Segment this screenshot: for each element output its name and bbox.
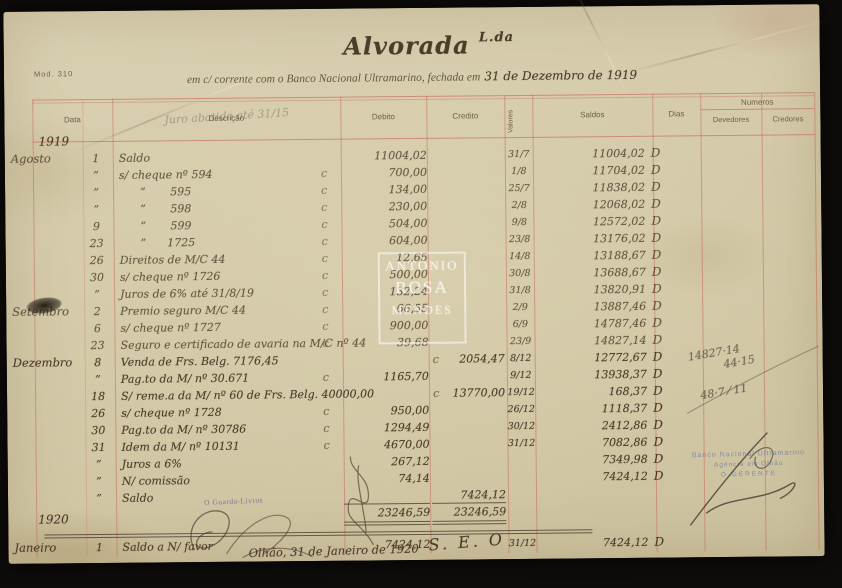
cell-desc: Pag.to da M/ nº 30786 — [121, 422, 336, 437]
cell-saldo: 11704,02 — [535, 164, 645, 178]
cell-valores: 30/8 — [506, 267, 534, 280]
watermark-line: MENDES — [380, 303, 464, 319]
cell-day: ” — [83, 203, 109, 216]
cell-dc: D — [652, 232, 670, 245]
cell-debito: 604,00 — [340, 234, 428, 248]
cell-debito: 11004,02 — [339, 149, 427, 163]
cell-check: c — [321, 167, 339, 180]
cell-month: Janeiro — [14, 541, 84, 555]
year-label-1919: 1919 — [39, 135, 70, 148]
cell-valores: 31/12 — [507, 437, 535, 450]
cell-debito: 134,00 — [339, 183, 427, 197]
cell-saldo: 7424,12 — [538, 470, 648, 484]
cell-desc: S/ reme.a da M/ nº 60 de Frs. Belg. 4000… — [121, 388, 336, 403]
cell-check: c — [322, 303, 340, 316]
cell-desc: Premio seguro M/C 44 — [120, 303, 335, 318]
cell-debito: 1294,49 — [341, 421, 429, 435]
signature-flourish — [178, 501, 329, 566]
cell-dc: D — [651, 181, 669, 194]
cell-saldo: 13188,67 — [536, 249, 646, 263]
cell-day: ” — [86, 475, 112, 488]
col-header-credito: Credito — [426, 111, 504, 121]
cell-check: c — [323, 371, 341, 384]
cell-saldo: 13938,37 — [537, 368, 647, 382]
paper-crease — [564, 0, 633, 105]
cell-day: 9 — [83, 220, 109, 233]
cell-desc: Pag.to da M/ nº 30.671 — [121, 371, 336, 386]
cell-dc: D — [651, 164, 669, 177]
cell-check: c — [323, 337, 341, 350]
cell-check: c — [322, 235, 340, 248]
cell-debito: 950,00 — [341, 404, 429, 418]
total-credito: 23246,59 — [430, 505, 506, 519]
col-header-devedores: Devedores — [700, 115, 761, 125]
cell-dc: D — [651, 198, 669, 211]
cell-debito: 230,00 — [339, 200, 427, 214]
watermark-line: ROSA — [380, 278, 464, 299]
cell-valores: 23/8 — [506, 233, 534, 246]
cell-desc: Venda de Frs. Belg. 7176,45 — [121, 354, 336, 369]
cell-saldo: 12068,02 — [535, 198, 645, 212]
col-header-saldos: Saldos — [532, 110, 652, 120]
title-text: Alvorada — [343, 30, 469, 60]
hand-rule — [432, 520, 506, 522]
cell-saldo: 13820,91 — [536, 283, 646, 297]
cell-check: c — [322, 286, 340, 299]
cell-valores: 31/8 — [506, 284, 534, 297]
cell-saldo: 7349,98 — [538, 453, 648, 467]
cell-desc: Seguro e certificado de avaria na M/C nº… — [121, 337, 336, 352]
collection-watermark: ANTÓNIO ROSA MENDES — [378, 252, 467, 345]
cell-day: 30 — [84, 271, 110, 284]
cell-debito: 700,00 — [339, 166, 427, 180]
cell-saldo: 13887,46 — [536, 300, 646, 314]
col-header-credores: Credores — [761, 114, 814, 124]
cell-dc: D — [654, 470, 672, 483]
cell-dc: D — [652, 249, 670, 262]
cell-credito: 7424,12 — [430, 488, 506, 502]
cell-credito: 13770,00 — [429, 386, 505, 400]
cell-desc: Juros a 6% — [122, 456, 337, 471]
cell-debito: 4670,00 — [341, 438, 429, 452]
seo-mark: S. E. O — [428, 532, 505, 551]
cell-valores: 8/12 — [507, 352, 535, 365]
cell-valores: 19/12 — [507, 386, 535, 399]
cell-day: ” — [85, 373, 111, 386]
cell-desc: s/ cheque nº 1728 — [121, 405, 336, 420]
cell-saldo: 11838,02 — [535, 181, 645, 195]
cell-day: ” — [84, 288, 110, 301]
cell-day: 2 — [84, 305, 110, 318]
cell-valores: 2/8 — [505, 199, 533, 212]
cell-saldo: 1118,37 — [537, 402, 647, 416]
cell-check: c — [321, 218, 339, 231]
cell-dc: D — [653, 436, 671, 449]
cell-check: c — [322, 269, 340, 282]
table-rule — [700, 108, 814, 110]
cell-saldo: 13688,67 — [536, 266, 646, 280]
hand-rule — [432, 523, 506, 525]
cell-dc: D — [653, 351, 671, 364]
cell-dc: D — [652, 317, 670, 330]
table-rule — [33, 134, 815, 143]
cell-desc: ” 1725 — [120, 235, 335, 250]
scanned-ledger-page: Mod. 310 Alvorada L.da em c/ corrente co… — [0, 0, 842, 588]
cell-saldo: 7424,12 — [538, 536, 648, 550]
cell-desc: ” 598 — [119, 201, 334, 216]
cell-day: 26 — [85, 407, 111, 420]
col-header-debito: Debito — [340, 112, 426, 122]
cell-valores: 30/12 — [507, 420, 535, 433]
cell-check: c — [323, 405, 341, 418]
cell-day: 26 — [84, 254, 110, 267]
closing-date-handwritten: 31 de Dezembro de 1919 — [484, 68, 637, 83]
page-title: Alvorada L.da — [304, 31, 554, 53]
cell-desc: ” 599 — [119, 218, 334, 233]
cell-day: ” — [86, 458, 112, 471]
cell-saldo: 7082,86 — [537, 436, 647, 450]
cell-day: ” — [83, 169, 109, 182]
cell-credito: 2054,47 — [429, 352, 505, 366]
cell-saldo: 12572,02 — [535, 215, 645, 229]
cell-debito: 504,00 — [339, 217, 427, 231]
col-header-data: Data — [32, 115, 112, 125]
subtitle-line: em c/ corrente com o Banco Nacional Ultr… — [4, 64, 820, 90]
cell-check: c — [323, 422, 341, 435]
cell-dc: D — [651, 147, 669, 160]
cell-day: 1 — [86, 541, 112, 554]
col-header-dias: Dias — [652, 109, 700, 118]
cell-saldo: 12772,67 — [537, 351, 647, 365]
col-header-numeros: Numeros — [700, 97, 814, 107]
cell-saldo: 14827,14 — [536, 334, 646, 348]
cell-dc: D — [653, 402, 671, 415]
watermark-line: ANTÓNIO — [380, 258, 464, 275]
cell-desc: Juros de 6% até 31/8/19 — [120, 286, 335, 301]
cell-desc: ” 595 — [119, 184, 334, 199]
cell-debito: 1165,70 — [341, 370, 429, 384]
cell-day: 23 — [84, 237, 110, 250]
cell-day: 31 — [85, 441, 111, 454]
cell-desc: Saldo — [119, 150, 334, 165]
cell-day: 6 — [84, 322, 110, 335]
cell-check: c — [322, 320, 340, 333]
cell-day: ” — [83, 186, 109, 199]
cell-saldo: 11004,02 — [535, 147, 645, 161]
cell-saldo: 168,37 — [537, 385, 647, 399]
cell-day: ” — [86, 492, 112, 505]
subtitle-printed: em c/ corrente com o Banco Nacional Ultr… — [187, 71, 481, 86]
cell-desc: s/ cheque nº 1726 — [120, 269, 335, 284]
cell-valores: 23/9 — [506, 335, 534, 348]
cell-dc: D — [654, 453, 672, 466]
cell-dc: D — [653, 419, 671, 432]
cell-check: c — [322, 252, 340, 265]
cell-check: c — [321, 184, 339, 197]
cell-dc: D — [653, 385, 671, 398]
cell-valores: 26/12 — [507, 403, 535, 416]
cell-desc: s/ cheque nº 594 — [119, 167, 334, 182]
year-label-1920: 1920 — [38, 513, 69, 526]
cell-valores: 9/8 — [505, 216, 533, 229]
ledger-rows: Agosto1Saldo11004,0231/711004,02D”s/ che… — [3, 4, 819, 12]
cell-dc: D — [654, 536, 672, 549]
cell-valores: 14/8 — [506, 250, 534, 263]
cell-dc: D — [652, 300, 670, 313]
header-annotation-handwritten: Juro abatido até 31/15 — [164, 106, 289, 127]
cell-valores: 1/8 — [505, 165, 533, 178]
cell-month: Dezembro — [13, 356, 83, 370]
cell-saldo: 13176,02 — [536, 232, 646, 246]
cell-desc: Direitos de M/C 44 — [120, 252, 335, 267]
cell-day: 18 — [85, 390, 111, 403]
cell-valores: 2/9 — [506, 301, 534, 314]
cell-day: 30 — [85, 424, 111, 437]
cell-day: 23 — [85, 339, 111, 352]
cell-day: 8 — [85, 356, 111, 369]
cell-dc: D — [653, 368, 671, 381]
cell-valores: 6/9 — [506, 318, 534, 331]
cell-check: c — [321, 201, 339, 214]
cell-dc: D — [652, 283, 670, 296]
cell-day: 1 — [83, 152, 109, 165]
cell-desc: s/ cheque nº 1727 — [120, 320, 335, 335]
cell-dc: D — [652, 266, 670, 279]
cell-valores: 31/12 — [508, 537, 536, 550]
cell-dc: D — [651, 215, 669, 228]
paper-sheet: Mod. 310 Alvorada L.da em c/ corrente co… — [3, 4, 824, 564]
cell-valores: 31/7 — [505, 148, 533, 161]
cell-saldo: 14787,46 — [536, 317, 646, 331]
cell-month: Agosto — [11, 152, 81, 166]
cell-desc: Idem da M/ nº 10131 — [121, 439, 336, 454]
signature-flourish — [671, 428, 812, 529]
cell-saldo: 2412,86 — [537, 419, 647, 433]
col-header-valores: Valores — [507, 99, 514, 133]
cell-valores: 9/12 — [507, 369, 535, 382]
cell-dc: D — [652, 334, 670, 347]
title-suffix: L.da — [479, 30, 514, 45]
cell-valores: 25/7 — [505, 182, 533, 195]
